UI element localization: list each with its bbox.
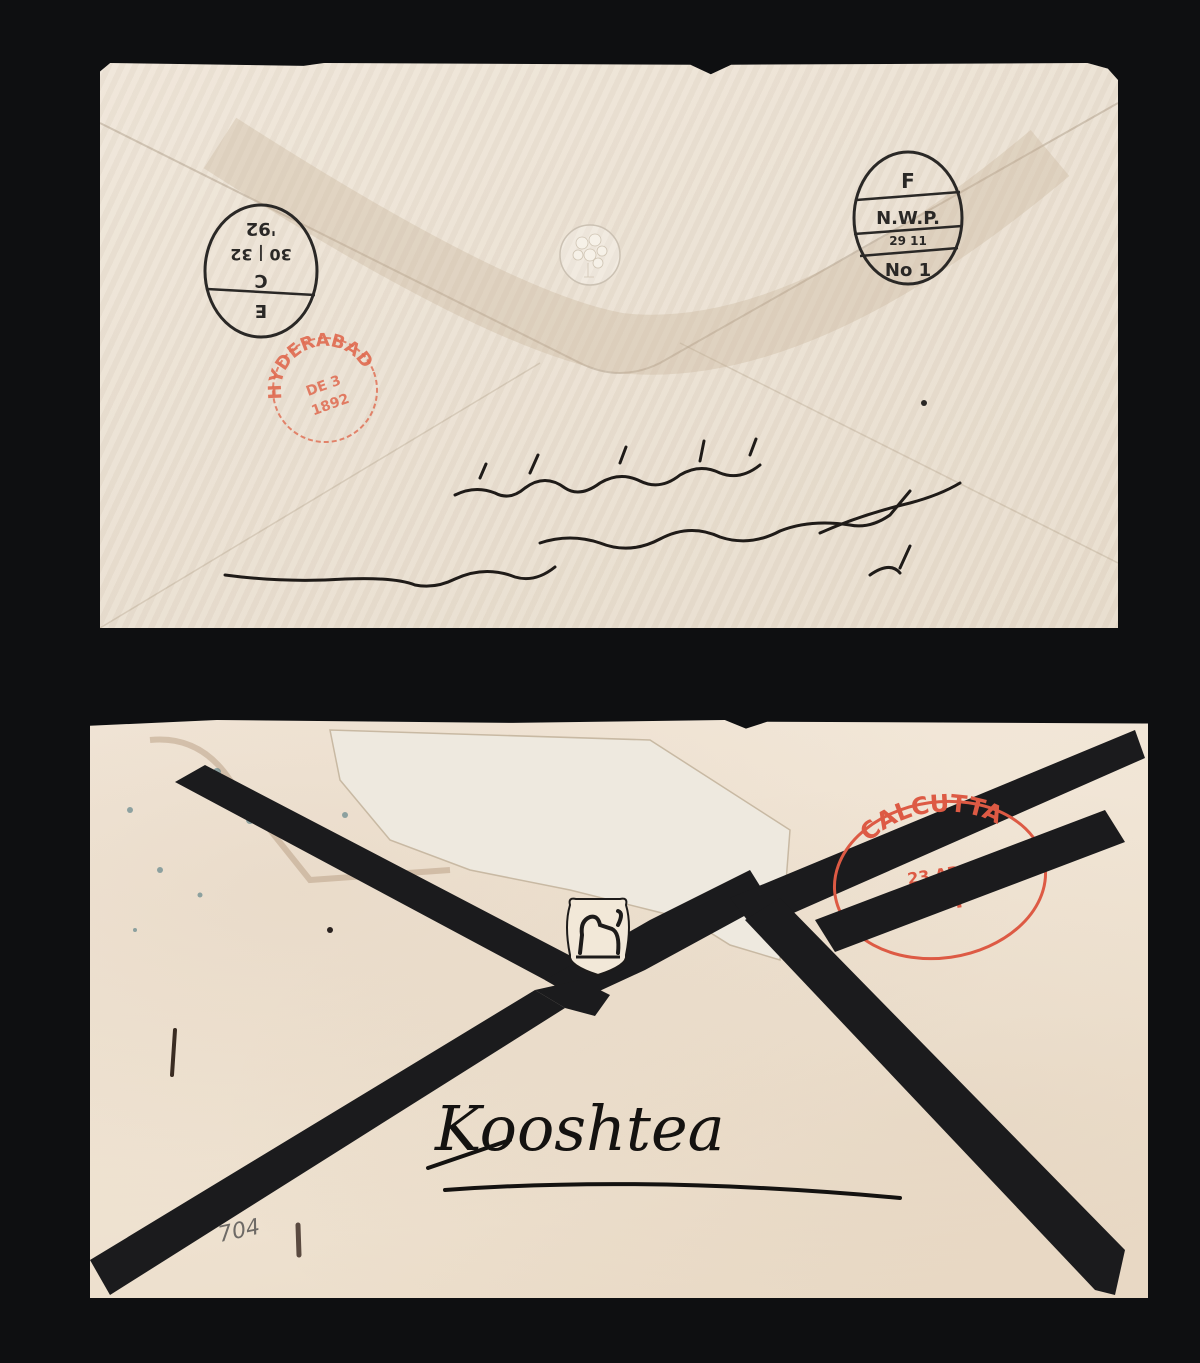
postmark-line-4: E	[255, 300, 267, 321]
bottom-envelope-artwork: CALCUTTA 23 APR 1ST Kooshtea 704	[90, 720, 1148, 1298]
postmark-line-2: N.W.P.	[876, 208, 940, 229]
top-envelope-artwork: F N.W.P. 29 11 No 1 E C 30 | 32 '92 HYDE…	[100, 63, 1118, 628]
handwritten-signature: Kooshtea	[428, 1092, 900, 1198]
postmark-line-2: 30 | 32	[230, 244, 292, 264]
postmark-line-3: 29 11	[889, 234, 927, 248]
urdu-manuscript-text	[225, 439, 960, 586]
postmark-line-4: No 1	[885, 260, 931, 281]
ink-mark	[298, 1225, 299, 1255]
ink-spot	[327, 927, 333, 933]
top-envelope-back: F N.W.P. 29 11 No 1 E C 30 | 32 '92 HYDE…	[100, 63, 1118, 628]
lion-crest-icon	[567, 899, 629, 975]
ink-mark	[172, 1030, 175, 1075]
inverted-postmark: E C 30 | 32 '92	[205, 205, 317, 337]
postmark-line-1: '92	[246, 218, 277, 239]
bottom-envelope-back: CALCUTTA 23 APR 1ST Kooshtea 704	[90, 720, 1148, 1298]
postmark-line-1: F	[901, 169, 915, 193]
signature-text: Kooshtea	[434, 1092, 725, 1165]
embossed-floral-seal-icon	[560, 225, 620, 285]
postmark-line-3: C	[254, 270, 267, 291]
ink-spot	[921, 400, 927, 406]
